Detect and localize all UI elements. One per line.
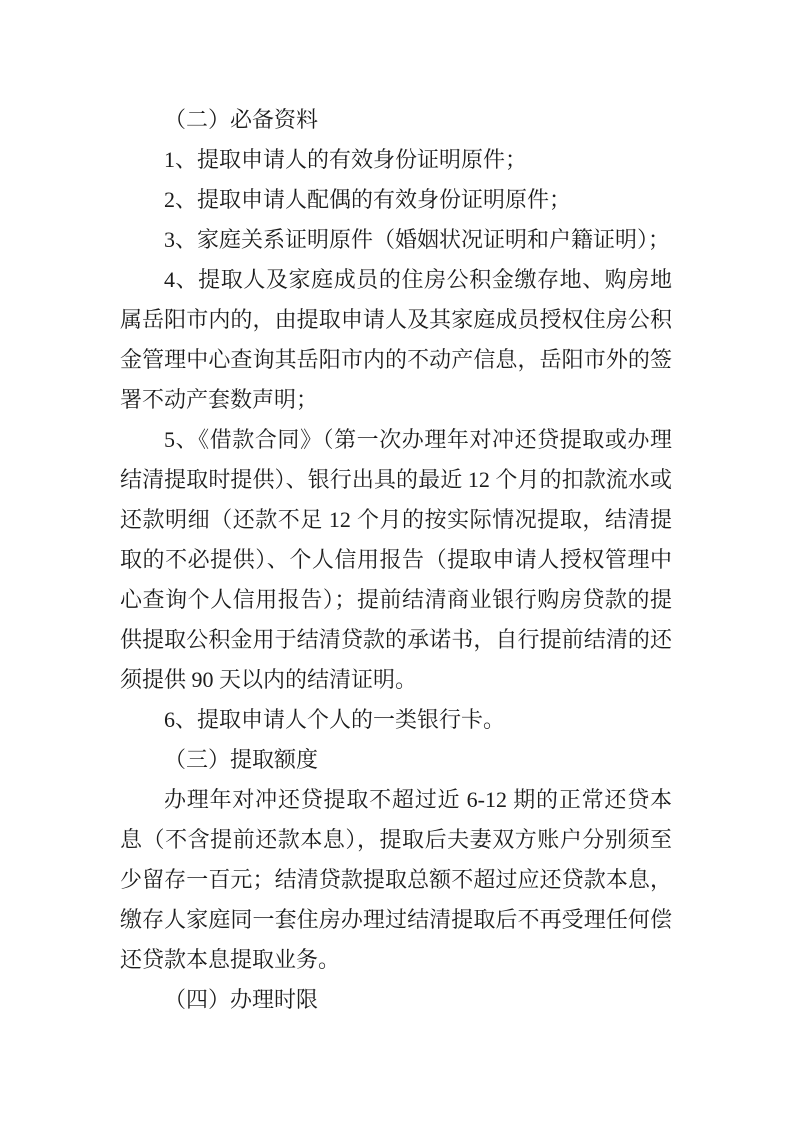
list-item-4-property-info-authorization: 4、提取人及家庭成员的住房公积金缴存地、购房地属岳阳市内的，由提取申请人及其家庭… [120, 260, 672, 420]
document-body: （二）必备资料 1、提取申请人的有效身份证明原件； 2、提取申请人配偶的有效身份… [120, 100, 672, 1020]
list-item-1-applicant-id: 1、提取申请人的有效身份证明原件； [120, 140, 672, 180]
section-heading-withdrawal-quota: （三）提取额度 [120, 740, 672, 780]
paragraph-quota-details: 办理年对冲还贷提取不超过近 6-12 期的正常还贷本息（不含提前还款本息），提取… [120, 780, 672, 980]
document-page: （二）必备资料 1、提取申请人的有效身份证明原件； 2、提取申请人配偶的有效身份… [0, 0, 794, 1122]
list-item-2-spouse-id: 2、提取申请人配偶的有效身份证明原件； [120, 180, 672, 220]
section-heading-required-materials: （二）必备资料 [120, 100, 672, 140]
list-item-5-loan-contract-documents: 5、《借款合同》（第一次办理年对冲还贷提取或办理结清提取时提供）、银行出具的最近… [120, 420, 672, 700]
list-item-6-bank-card: 6、提取申请人个人的一类银行卡。 [120, 700, 672, 740]
list-item-3-family-relation-proof: 3、家庭关系证明原件（婚姻状况证明和户籍证明）； [120, 220, 672, 260]
section-heading-processing-time-limit: （四）办理时限 [120, 980, 672, 1020]
